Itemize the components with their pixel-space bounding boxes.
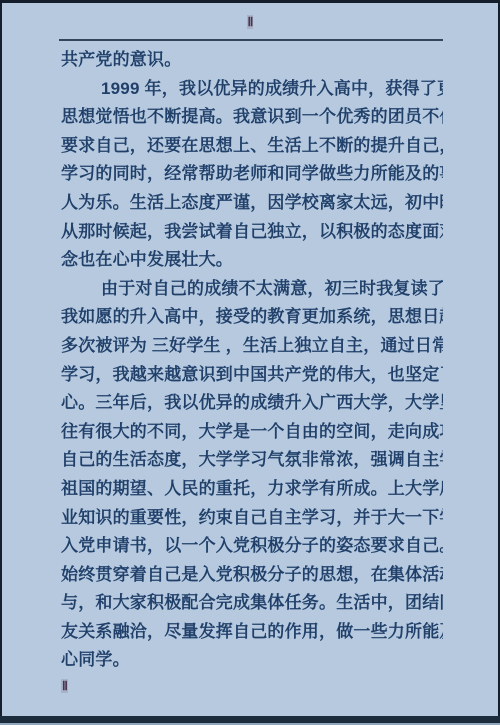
page-header: Ⅱ	[2, 3, 498, 29]
text-line: 心同学。	[61, 646, 443, 675]
text-line: 共产党的意识。	[61, 46, 443, 75]
text-line: 祖国的期望、人民的重托，力求学有所成。上大学后我意识到学习专	[61, 475, 443, 504]
text-line: 学习的同时，经常帮助老师和同学做些力所能及的事，团结友爱、助	[61, 160, 443, 189]
document-page: Ⅱ 共产党的意识。1999 年，我以优异的成绩升入高中，获得了更高层次的教育，思…	[0, 0, 500, 725]
text-line: 友关系融洽，尽量发挥自己的作用，做一些力所能及的事情帮助和关	[61, 618, 443, 647]
bottom-border	[0, 716, 500, 723]
text-line: 与，和大家积极配合完成集体任务。生活中，团结同学，与同学、舍	[61, 589, 443, 618]
text-line: 心。三年后，我以优异的成绩升入广西大学，大学里的学习生活与以	[61, 389, 443, 418]
text-line: 往有很大的不同，大学是一个自由的空间，走向成功抑或堕落取决于	[61, 418, 443, 447]
text-line: 思想觉悟也不断提高。我意识到一个优秀的团员不仅要在学习上严格	[61, 103, 443, 132]
page-number-field: Ⅱ	[247, 15, 254, 29]
text-line: 要求自己，还要在思想上、生活上不断的提升自己，所以，我在抓好	[61, 132, 443, 161]
text-line: 念也在心中发展壮大。	[61, 246, 443, 275]
text-line: 我如愿的升入高中，接受的教育更加系统，思想日趋成熟，学习刻苦，	[61, 303, 443, 332]
text-line: 由于对自己的成绩不太满意，初三时我复读了一年。XX 年，	[61, 275, 443, 304]
text-line: 人为乐。生活上态度严谨，因学校离家太远，初中时我就在学校住宿，	[61, 189, 443, 218]
text-line: 从那时候起，我尝试着自己独立，以积极的态度面对生活，入党的信	[61, 218, 443, 247]
page-number-field: Ⅱ	[61, 679, 68, 693]
text-line: 业知识的重要性，约束自己自主学习，并于大一下学期虔诚地提交了	[61, 504, 443, 533]
text-line: 自己的生活态度，大学学习气氛非常浓，强调自主学习，我时刻牢记	[61, 446, 443, 475]
text-line: 入党申请书，以一个入党积极分子的姿态要求自己。长期以来，我都	[61, 532, 443, 561]
text-line: 1999 年，我以优异的成绩升入高中，获得了更高层次的教育，	[61, 75, 443, 104]
header-rule	[59, 39, 443, 41]
document-body: 共产党的意识。1999 年，我以优异的成绩升入高中，获得了更高层次的教育，思想觉…	[61, 46, 443, 675]
page-footer: Ⅱ	[61, 678, 443, 693]
text-line: 学习，我越来越意识到中国共产党的伟大，也坚定了入党的信念与决	[61, 361, 443, 390]
text-line: 始终贯穿着自己是入党积极分子的思想，在集体活动中，我都积极参	[61, 561, 443, 590]
text-line: 多次被评为 三好学生 ，生活上独立自主，通过日常的对党团知识的	[61, 332, 443, 361]
